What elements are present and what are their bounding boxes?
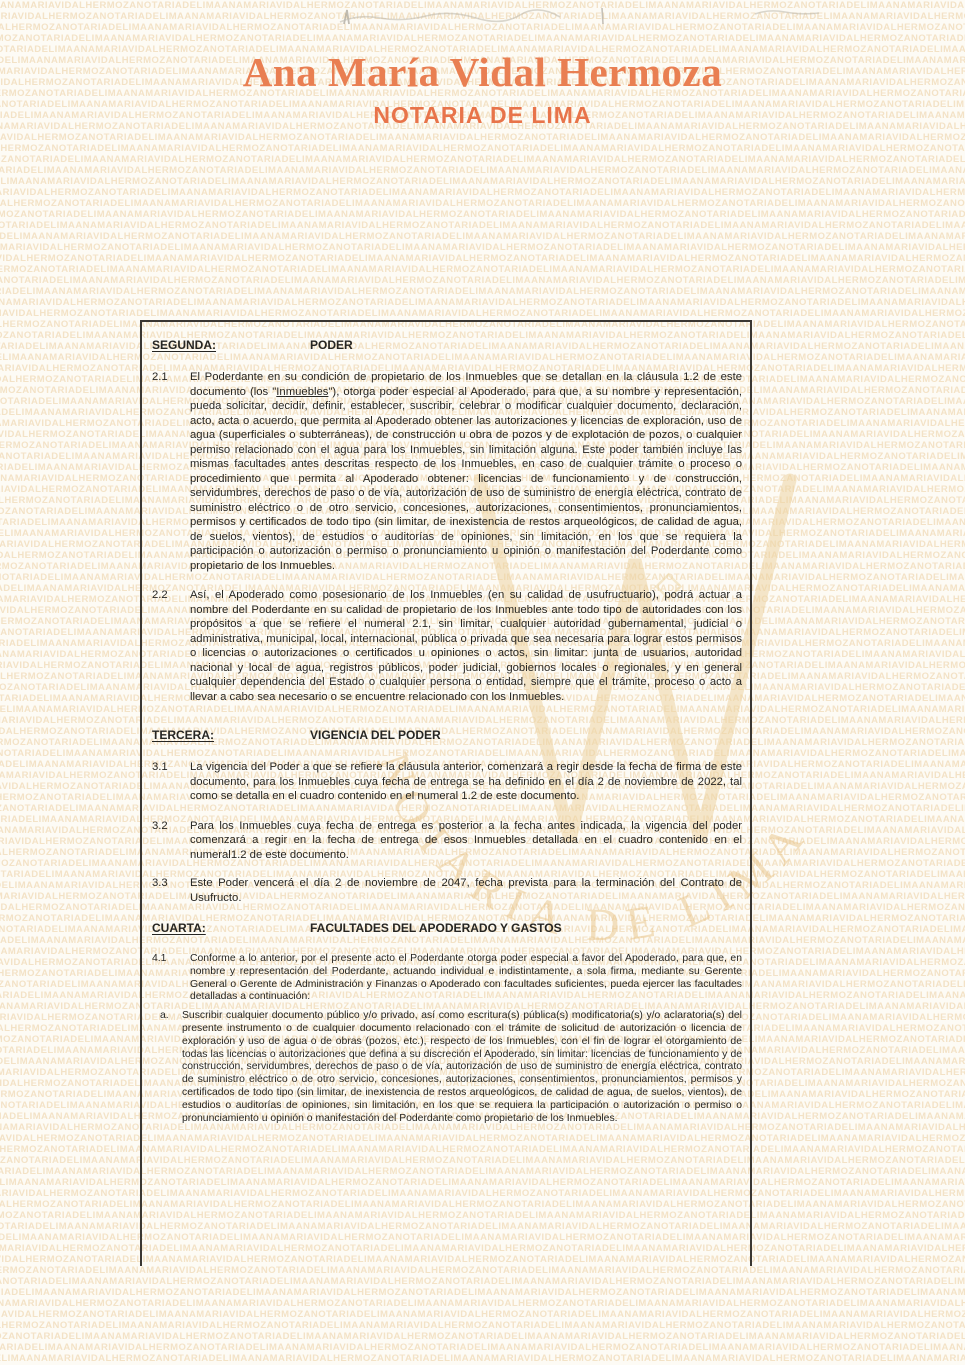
item-letter: a.: [160, 1010, 182, 1125]
watermark-row: ANAMARIAVIDALHERMOZANOTARIADELIMAANAMARI…: [0, 264, 965, 275]
section-heading-cuarta: CUARTA: FACULTADES DEL APODERADO Y GASTO…: [152, 921, 742, 935]
section-title: VIGENCIA DEL PODER: [310, 728, 742, 742]
clause-text: Este Poder vencerá el día 2 de noviembre…: [190, 876, 742, 905]
section-title: FACULTADES DEL APODERADO Y GASTOS: [310, 921, 742, 935]
notary-name-title: Ana María Vidal Hermoza: [0, 48, 965, 96]
section-title: PODER: [310, 338, 742, 352]
clause-3-3: 3.3 Este Poder vencerá el día 2 de novie…: [152, 876, 742, 905]
clause-text-after: "), otorga poder especial al Apoderado, …: [190, 386, 742, 572]
clause-text: El Poderdante en su condición de propiet…: [190, 370, 742, 573]
clause-number: 2.2: [152, 588, 190, 704]
watermark-row: ANAMARIAVIDALHERMOZANOTARIADELIMAANAMARI…: [0, 231, 965, 242]
clause-text: La vigencia del Poder a que se refiere l…: [190, 760, 742, 804]
watermark-row: ANAMARIAVIDALHERMOZANOTARIADELIMAANAMARI…: [0, 1276, 965, 1287]
watermark-row: ANAMARIAVIDALHERMOZANOTARIADELIMAANAMARI…: [0, 1342, 965, 1353]
clause-4-1: 4.1 Conforme a lo anterior, por el prese…: [152, 953, 742, 1004]
item-text: Suscribir cualquier documento público y/…: [182, 1010, 742, 1125]
watermark-row: ANAMARIAVIDALHERMOZANOTARIADELIMAANAMARI…: [0, 165, 965, 176]
clause-number: 2.1: [152, 370, 190, 573]
clause-number: 4.1: [152, 953, 190, 1004]
watermark-row: ANAMARIAVIDALHERMOZANOTARIADELIMAANAMARI…: [0, 220, 965, 231]
clause-text: Conforme a lo anterior, por el presente …: [190, 953, 742, 1004]
watermark-row: ANAMARIAVIDALHERMOZANOTARIADELIMAANAMARI…: [0, 1309, 965, 1320]
section-label: CUARTA:: [152, 921, 310, 935]
clause-text: Para los Inmuebles cuya fecha de entrega…: [190, 819, 742, 863]
handwritten-mark: [300, 0, 860, 40]
clause-3-2: 3.2 Para los Inmuebles cuya fecha de ent…: [152, 819, 742, 863]
watermark-row: ANAMARIAVIDALHERMOZANOTARIADELIMAANAMARI…: [0, 187, 965, 198]
watermark-row: ANAMARIAVIDALHERMOZANOTARIADELIMAANAMARI…: [0, 209, 965, 220]
watermark-row: ANAMARIAVIDALHERMOZANOTARIADELIMAANAMARI…: [0, 154, 965, 165]
watermark-row: ANAMARIAVIDALHERMOZANOTARIADELIMAANAMARI…: [0, 253, 965, 264]
section-heading-segunda: SEGUNDA: PODER: [152, 338, 742, 352]
clause-3-1: 3.1 La vigencia del Poder a que se refie…: [152, 760, 742, 804]
watermark-row: ANAMARIAVIDALHERMOZANOTARIADELIMAANAMARI…: [0, 143, 965, 154]
clause-2-1: 2.1 El Poderdante en su condición de pro…: [152, 370, 742, 573]
clause-number: 3.1: [152, 760, 190, 804]
defined-term-inmuebles: Inmuebles: [276, 386, 328, 398]
watermark-row: ANAMARIAVIDALHERMOZANOTARIADELIMAANAMARI…: [0, 176, 965, 187]
clause-4-1-item-a: a. Suscribir cualquier documento público…: [160, 1010, 742, 1125]
watermark-row: ANAMARIAVIDALHERMOZANOTARIADELIMAANAMARI…: [0, 286, 965, 297]
letterhead: Ana María Vidal Hermoza NOTARIA DE LIMA: [0, 48, 965, 129]
watermark-row: ANAMARIAVIDALHERMOZANOTARIADELIMAANAMARI…: [0, 132, 965, 143]
contract-text-box: SEGUNDA: PODER 2.1 El Poderdante en su c…: [140, 320, 752, 1266]
clause-text: Así, el Apoderado como posesionario de l…: [190, 588, 742, 704]
clause-number: 3.2: [152, 819, 190, 863]
watermark-row: ANAMARIAVIDALHERMOZANOTARIADELIMAANAMARI…: [0, 1353, 965, 1364]
notary-office-subtitle: NOTARIA DE LIMA: [0, 102, 965, 129]
watermark-row: ANAMARIAVIDALHERMOZANOTARIADELIMAANAMARI…: [0, 297, 965, 308]
watermark-row: ANAMARIAVIDALHERMOZANOTARIADELIMAANAMARI…: [0, 275, 965, 286]
section-label: TERCERA:: [152, 728, 310, 742]
watermark-row: ANAMARIAVIDALHERMOZANOTARIADELIMAANAMARI…: [0, 1331, 965, 1342]
watermark-row: ANAMARIAVIDALHERMOZANOTARIADELIMAANAMARI…: [0, 1265, 965, 1276]
watermark-row: ANAMARIAVIDALHERMOZANOTARIADELIMAANAMARI…: [0, 242, 965, 253]
clause-2-2: 2.2 Así, el Apoderado como posesionario …: [152, 588, 742, 704]
section-heading-tercera: TERCERA: VIGENCIA DEL PODER: [152, 728, 742, 742]
watermark-row: ANAMARIAVIDALHERMOZANOTARIADELIMAANAMARI…: [0, 1287, 965, 1298]
watermark-row: ANAMARIAVIDALHERMOZANOTARIADELIMAANAMARI…: [0, 1298, 965, 1309]
clause-number: 3.3: [152, 876, 190, 905]
watermark-row: ANAMARIAVIDALHERMOZANOTARIADELIMAANAMARI…: [0, 1320, 965, 1331]
watermark-row: ANAMARIAVIDALHERMOZANOTARIADELIMAANAMARI…: [0, 198, 965, 209]
watermark-row: ANAMARIAVIDALHERMOZANOTARIADELIMAANAMARI…: [0, 308, 965, 319]
section-label: SEGUNDA:: [152, 338, 310, 352]
